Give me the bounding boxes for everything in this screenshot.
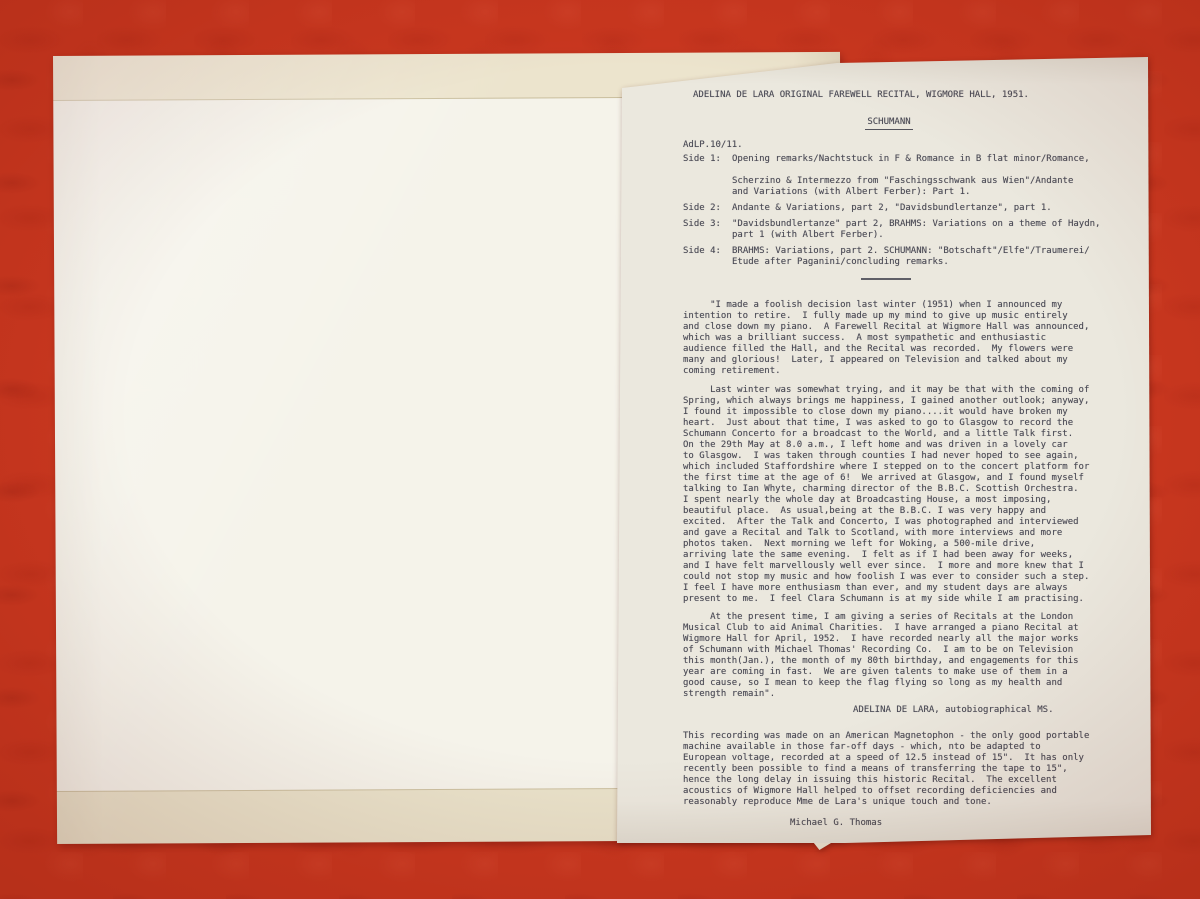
quote-paragraph-2: Last winter was somewhat trying, and it … (683, 385, 1095, 605)
quote-paragraph-3: At the present time, I am giving a serie… (683, 612, 1095, 700)
signature: Michael G. Thomas (790, 818, 1095, 829)
document-subtitle-row: SCHUMANN (683, 117, 1095, 130)
track-listing-side-2: Side 2: Andante & Variations, part 2, "D… (683, 203, 1095, 214)
track-listing-side-3: Side 3: "Davidsbundlertanze" part 2, BRA… (683, 219, 1095, 241)
photo-of-record-insert: ADELINA DE LARA ORIGINAL FAREWELL RECITA… (0, 0, 1200, 899)
side-description: Andante & Variations, part 2, "Davidsbun… (732, 203, 1052, 214)
catalog-number: AdLP.10/11. (683, 140, 1095, 151)
side-description: "Davidsbundlertanze" part 2, BRAHMS: Var… (732, 219, 1100, 241)
track-listing-side-1: Side 1: Opening remarks/Nachtstuck in F … (683, 154, 1095, 198)
document-subtitle: SCHUMANN (865, 117, 912, 130)
side-description: Opening remarks/Nachtstuck in F & Romanc… (732, 154, 1090, 198)
paper-surface: ADELINA DE LARA ORIGINAL FAREWELL RECITA… (615, 52, 1155, 857)
side-label: Side 2: (683, 203, 732, 214)
side-label: Side 4: (683, 246, 732, 268)
side-label: Side 1: (683, 154, 732, 198)
recording-note: This recording was made on an American M… (683, 731, 1095, 808)
track-listing: Side 1: Opening remarks/Nachtstuck in F … (683, 154, 1095, 268)
track-listing-side-4: Side 4: BRAHMS: Variations, part 2. SCHU… (683, 246, 1095, 268)
side-description: BRAHMS: Variations, part 2. SCHUMANN: "B… (732, 246, 1090, 268)
quote-paragraph-1: "I made a foolish decision last winter (… (683, 300, 1095, 377)
quote-attribution: ADELINA DE LARA, autobiographical MS. (853, 705, 1095, 716)
typed-document: ADELINA DE LARA ORIGINAL FAREWELL RECITA… (683, 90, 1095, 829)
typed-divider-rule (861, 278, 911, 280)
liner-notes-sheet: ADELINA DE LARA ORIGINAL FAREWELL RECITA… (615, 52, 1155, 857)
side-label: Side 3: (683, 219, 732, 241)
document-title: ADELINA DE LARA ORIGINAL FAREWELL RECITA… (693, 90, 1095, 101)
